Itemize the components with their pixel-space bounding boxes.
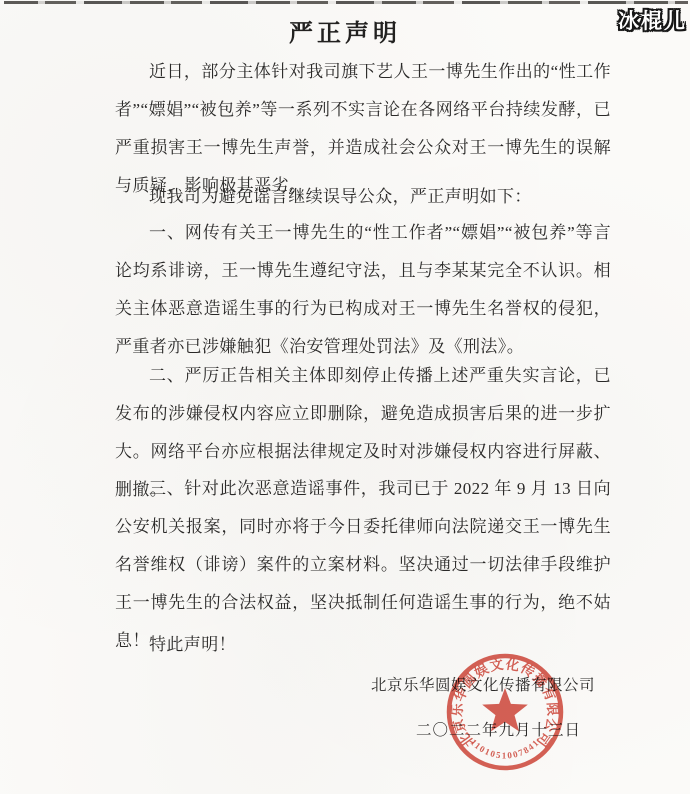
- star-icon: [482, 688, 528, 731]
- seal-number: 1101051007841: [469, 737, 542, 760]
- scanned-statement-page: 冰棍儿 严正声明 近日，部分主体针对我司旗下艺人王一博先生作出的“性工作者”“嫖…: [0, 0, 690, 794]
- paragraph-lead-in: 现我司为避免谣言继续误导公众，严正声明如下：: [115, 178, 611, 216]
- document-title: 严正声明: [0, 13, 690, 48]
- paragraph-item-1: 一、网传有关王一博先生的“性工作者”“嫖娼”“被包养”等言论均系诽谤，王一博先生…: [115, 214, 611, 366]
- scan-artifact-top-edge: [4, 1, 688, 4]
- company-seal: 北京乐华圆娱文化传播有限公司 1101051007841: [440, 647, 570, 777]
